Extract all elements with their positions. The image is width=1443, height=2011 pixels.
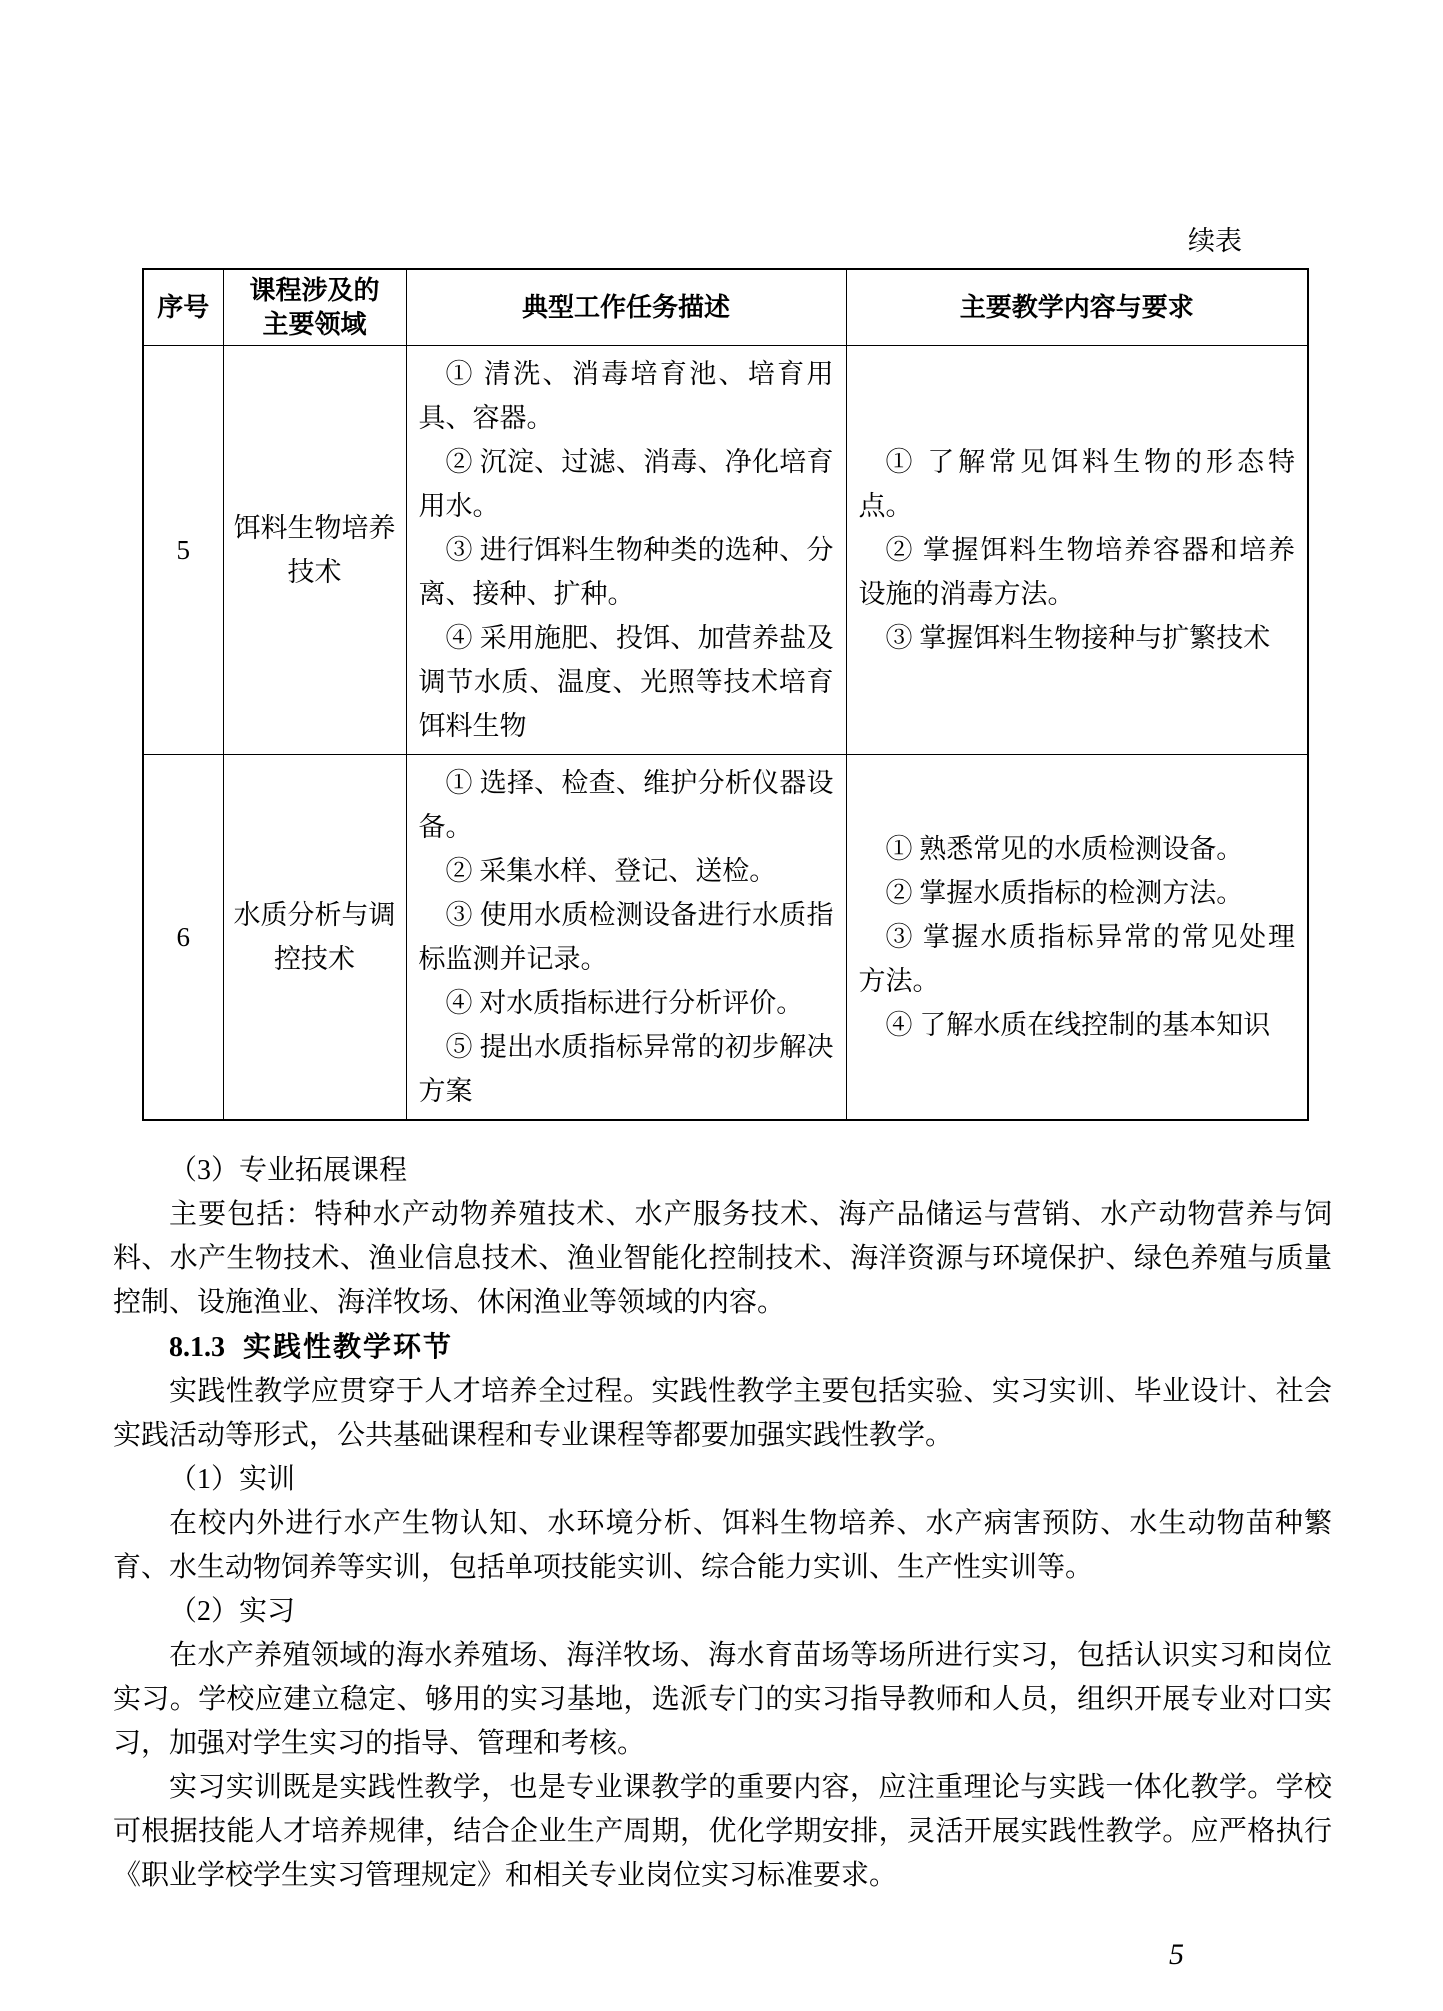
table-row: 5 饵料生物培养技术 ① 清洗、消毒培育池、培育用具、容器。 ② 沉淀、过滤、消… [143, 345, 1308, 754]
page-number: 5 [113, 1938, 1332, 1972]
row5-area-text: 饵料生物培养技术 [232, 506, 398, 594]
paragraph-shixi: 在水产养殖领域的海水养殖场、海洋牧场、海水育苗场等场所进行实习，包括认识实习和岗… [113, 1634, 1332, 1766]
curriculum-table: 序号 课程涉及的主要领域 典型工作任务描述 主要教学内容与要求 5 饵料生物培养… [142, 268, 1309, 1121]
paragraph-shixi-title: （2）实习 [113, 1590, 1332, 1634]
row5-no: 5 [143, 345, 223, 754]
table-header-row: 序号 课程涉及的主要领域 典型工作任务描述 主要教学内容与要求 [143, 269, 1308, 345]
paragraph-shixi2: 实习实训既是实践性教学，也是专业课教学的重要内容，应注重理论与实践一体化教学。学… [113, 1766, 1332, 1898]
header-cell-task: 典型工作任务描述 [406, 269, 846, 345]
row5-area: 饵料生物培养技术 [223, 345, 406, 754]
paragraph-practice: 实践性教学应贯穿于人才培养全过程。实践性教学主要包括实验、实习实训、毕业设计、社… [113, 1370, 1332, 1458]
task-item: ③ 进行饵料生物种类的选种、分离、接种、扩种。 [419, 528, 834, 616]
content-item: ③ 掌握饵料生物接种与扩繁技术 [859, 616, 1296, 660]
continued-table-label: 续表 [113, 226, 1332, 256]
row6-area-text: 水质分析与调控技术 [232, 893, 398, 981]
paragraph-expand: 主要包括：特种水产动物养殖技术、水产服务技术、海产品储运与营销、水产动物营养与饲… [113, 1193, 1332, 1325]
paragraph-expand-title: （3）专业拓展课程 [113, 1149, 1332, 1193]
task-item: ② 采集水样、登记、送检。 [419, 849, 834, 893]
content-item: ④ 了解水质在线控制的基本知识 [859, 1003, 1296, 1047]
content-item: ① 了解常见饵料生物的形态特点。 [859, 440, 1296, 528]
header-cell-teach: 主要教学内容与要求 [846, 269, 1308, 345]
header-cell-no: 序号 [143, 269, 223, 345]
paragraph-shixun-title: （1）实训 [113, 1458, 1332, 1502]
task-item: ⑤ 提出水质指标异常的初步解决方案 [419, 1025, 834, 1113]
row6-tasks: ① 选择、检查、维护分析仪器设备。 ② 采集水样、登记、送检。 ③ 使用水质检测… [406, 754, 846, 1120]
task-item: ④ 采用施肥、投饵、加营养盐及调节水质、温度、光照等技术培育饵料生物 [419, 616, 834, 748]
document-page: 续表 序号 课程涉及的主要领域 典型工作任务描述 主要教学内容与要求 5 饵料生… [0, 0, 1443, 2011]
body-text: （3）专业拓展课程 主要包括：特种水产动物养殖技术、水产服务技术、海产品储运与营… [113, 1149, 1332, 1898]
content-item: ② 掌握水质指标的检测方法。 [859, 871, 1296, 915]
task-item: ① 清洗、消毒培育池、培育用具、容器。 [419, 352, 834, 440]
paragraph-shixun: 在校内外进行水产生物认知、水环境分析、饵料生物培养、水产病害预防、水生动物苗种繁… [113, 1502, 1332, 1590]
row5-contents: ① 了解常见饵料生物的形态特点。 ② 掌握饵料生物培养容器和培养设施的消毒方法。… [846, 345, 1308, 754]
row5-tasks: ① 清洗、消毒培育池、培育用具、容器。 ② 沉淀、过滤、消毒、净化培育用水。 ③… [406, 345, 846, 754]
content-item: ③ 掌握水质指标异常的常见处理方法。 [859, 915, 1296, 1003]
task-item: ④ 对水质指标进行分析评价。 [419, 981, 834, 1025]
header-cell-area-text: 课程涉及的主要领域 [244, 273, 384, 341]
row6-contents: ① 熟悉常见的水质检测设备。 ② 掌握水质指标的检测方法。 ③ 掌握水质指标异常… [846, 754, 1308, 1120]
content-item: ② 掌握饵料生物培养容器和培养设施的消毒方法。 [859, 528, 1296, 616]
section-heading-label: 实践性教学环节 [243, 1331, 453, 1362]
content-item: ① 熟悉常见的水质检测设备。 [859, 827, 1296, 871]
section-heading-number: 8.1.3 [169, 1332, 225, 1363]
row6-no: 6 [143, 754, 223, 1120]
table-row: 6 水质分析与调控技术 ① 选择、检查、维护分析仪器设备。 ② 采集水样、登记、… [143, 754, 1308, 1120]
row6-area: 水质分析与调控技术 [223, 754, 406, 1120]
task-item: ① 选择、检查、维护分析仪器设备。 [419, 761, 834, 849]
task-item: ② 沉淀、过滤、消毒、净化培育用水。 [419, 440, 834, 528]
task-item: ③ 使用水质检测设备进行水质指标监测并记录。 [419, 893, 834, 981]
section-heading: 8.1.3实践性教学环节 [113, 1325, 1332, 1370]
header-cell-area: 课程涉及的主要领域 [223, 269, 406, 345]
